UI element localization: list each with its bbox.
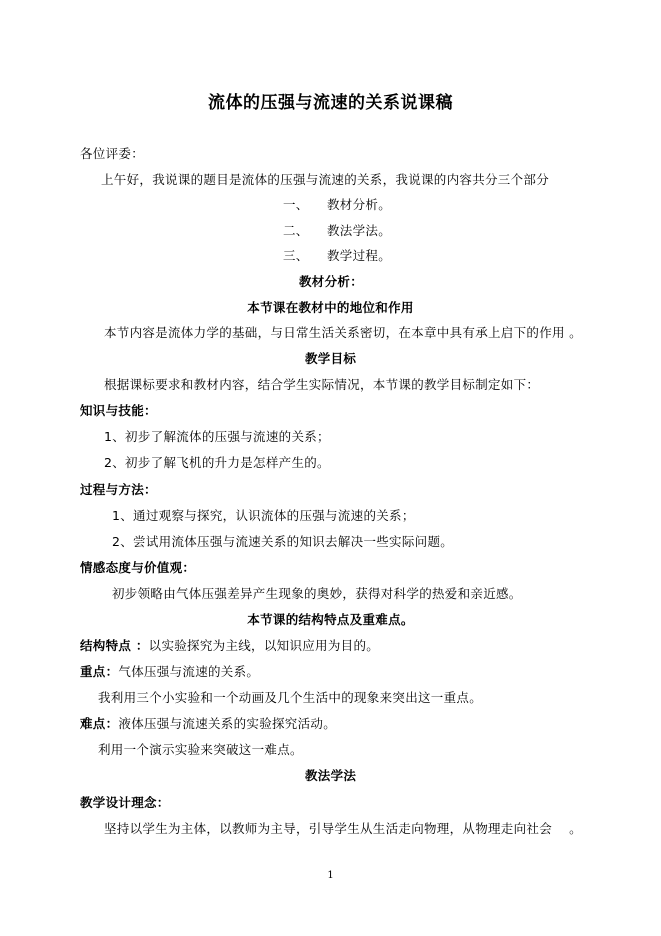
greeting: 各位评委： [80,146,144,162]
process-item-1: 1、通过观察与探究，认识流体的压强与流速的关系； [112,508,415,524]
process-item-2: 2、尝试用流体压强与流速关系的知识去解决一些实际问题。 [112,534,453,550]
position-role-paragraph: 本节内容是流体力学的基础，与日常生活关系密切，在本章中具有承上启下的作用 。 [104,325,582,341]
outline-item-1: 一、教材分析。 [283,197,391,213]
page-number: 1 [0,870,661,881]
outline-text: 教材分析。 [327,197,391,212]
key-point-paragraph: 我利用三个小实验和一个动画及几个生活中的现象来突出这一重点。 [98,690,482,706]
outline-item-3: 三、教学过程。 [283,248,391,264]
label-knowledge-skills: 知识与技能： [80,403,157,419]
key-point-line: 重点：气体压强与流速的关系。 [80,664,259,680]
label-difficult-point: 难点： [80,716,118,731]
outline-num: 三、 [283,248,327,264]
document-title: 流体的压强与流速的关系说课稿 [0,88,661,113]
outline-item-2: 二、教法学法。 [283,223,391,239]
goals-intro-paragraph: 根据课标要求和教材内容，结合学生实际情况，本节课的教学目标制定如下： [104,377,539,393]
knowledge-item-2: 2、初步了解飞机的升力是怎样产生的。 [104,455,330,471]
outline-num: 二、 [283,223,327,239]
heading-teaching-methods: 教法学法 [305,768,356,784]
structure-feature-text: 以实验探究为主线，以知识应用为目的。 [149,638,379,653]
label-emotion-values: 情感态度与价值观： [80,560,195,576]
document-page: 流体的压强与流速的关系说课稿 各位评委： 上午好，我说课的题目是流体的压强与流速… [0,0,661,936]
knowledge-item-1: 1、初步了解流体的压强与流速的关系； [104,429,330,445]
heading-teaching-goals: 教学目标 [305,351,356,367]
difficult-point-line: 难点：液体压强与流速关系的实验探究活动。 [80,716,336,732]
emotion-paragraph: 初步领略由气体压强差异产生现象的奥妙，获得对科学的热爱和亲近感。 [112,586,522,602]
structure-feature-line: 结构特点 ：以实验探究为主线，以知识应用为目的。 [80,638,379,654]
intro-paragraph: 上午好，我说课的题目是流体的压强与流速的关系，我说课的内容共分三个部分 [101,172,549,188]
difficult-point-paragraph: 利用一个演示实验来突破这一难点。 [98,742,303,758]
subheading-position-role: 本节课在教材中的地位和作用 [0,300,661,316]
label-structure-feature: 结构特点 ： [80,638,149,653]
label-key-point: 重点： [80,664,118,679]
key-point-text: 气体压强与流速的关系。 [118,664,259,679]
label-process-methods: 过程与方法： [80,482,157,498]
outline-text: 教学过程。 [327,248,391,263]
difficult-point-text: 液体压强与流速关系的实验探究活动。 [118,716,336,731]
outline-num: 一、 [283,197,327,213]
section-heading-textbook-analysis: 教材分析： [299,274,363,290]
heading-structure-key-points: 本节课的结构特点及重难点。 [0,612,661,628]
outline-text: 教法学法。 [327,223,391,238]
label-design-concept: 教学设计理念： [80,795,170,811]
design-concept-paragraph: 坚持以学生为主体，以教师为主导，引导学生从生活走向物理，从物理走向社会 。 [104,821,582,837]
